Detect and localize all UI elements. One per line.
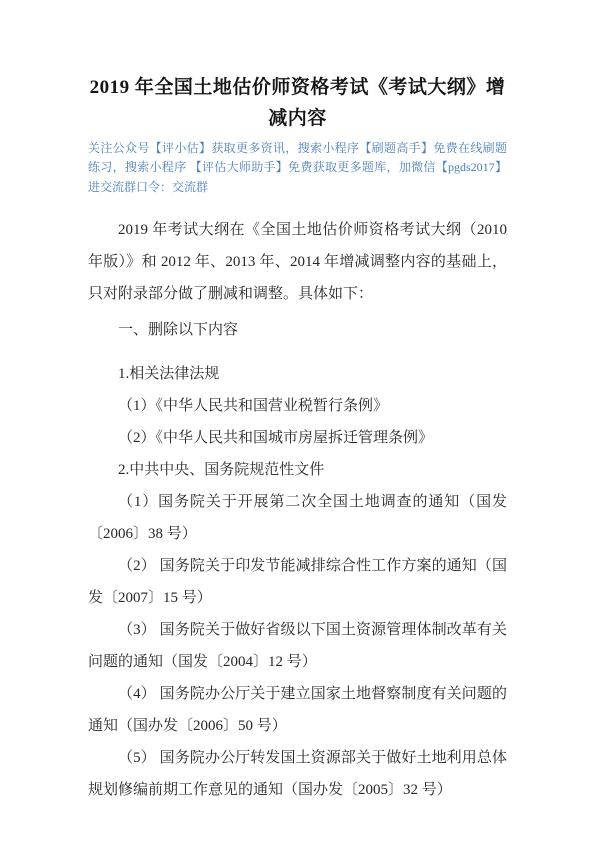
list-item: （3） 国务院关于做好省级以下国土资源管理体制改革有关问题的通知（国发〔2004… (88, 614, 507, 678)
list-item: （1）《中华人民共和国营业税暂行条例》 (88, 390, 507, 422)
list-item: （2） 国务院关于印发节能减排综合性工作方案的通知（国发〔2007〕15 号） (88, 550, 507, 614)
document-page: 2019 年全国土地估价师资格考试《考试大纲》增减内容 关注公众号【评小估】获取… (0, 0, 595, 841)
list-item: （1）国务院关于开展第二次全国土地调查的通知（国发〔2006〕38 号） (88, 486, 507, 550)
list-item: （2）《中华人民共和国城市房屋拆迁管理条例》 (88, 422, 507, 454)
list-item: （4） 国务院办公厅关于建立国家土地督察制度有关问题的通知（国办发〔2006〕5… (88, 678, 507, 742)
page-title: 2019 年全国土地估价师资格考试《考试大纲》增减内容 (88, 72, 507, 135)
subsection-heading-laws: 1.相关法律法规 (88, 358, 507, 390)
subsection-heading-documents: 2.中共中央、国务院规范性文件 (88, 454, 507, 486)
section-heading-delete-content: 一、删除以下内容 (88, 314, 507, 346)
intro-paragraph: 2019 年考试大纲在《全国土地估价师资格考试大纲（2010 年版）》和 201… (88, 214, 507, 310)
list-item: （5） 国务院办公厅转发国土资源部关于做好土地利用总体规划修编前期工作意见的通知… (88, 742, 507, 806)
promo-notice: 关注公众号【评小估】获取更多资讯，搜索小程序【刷题高手】免费在线刷题练习，搜索小… (88, 139, 507, 198)
